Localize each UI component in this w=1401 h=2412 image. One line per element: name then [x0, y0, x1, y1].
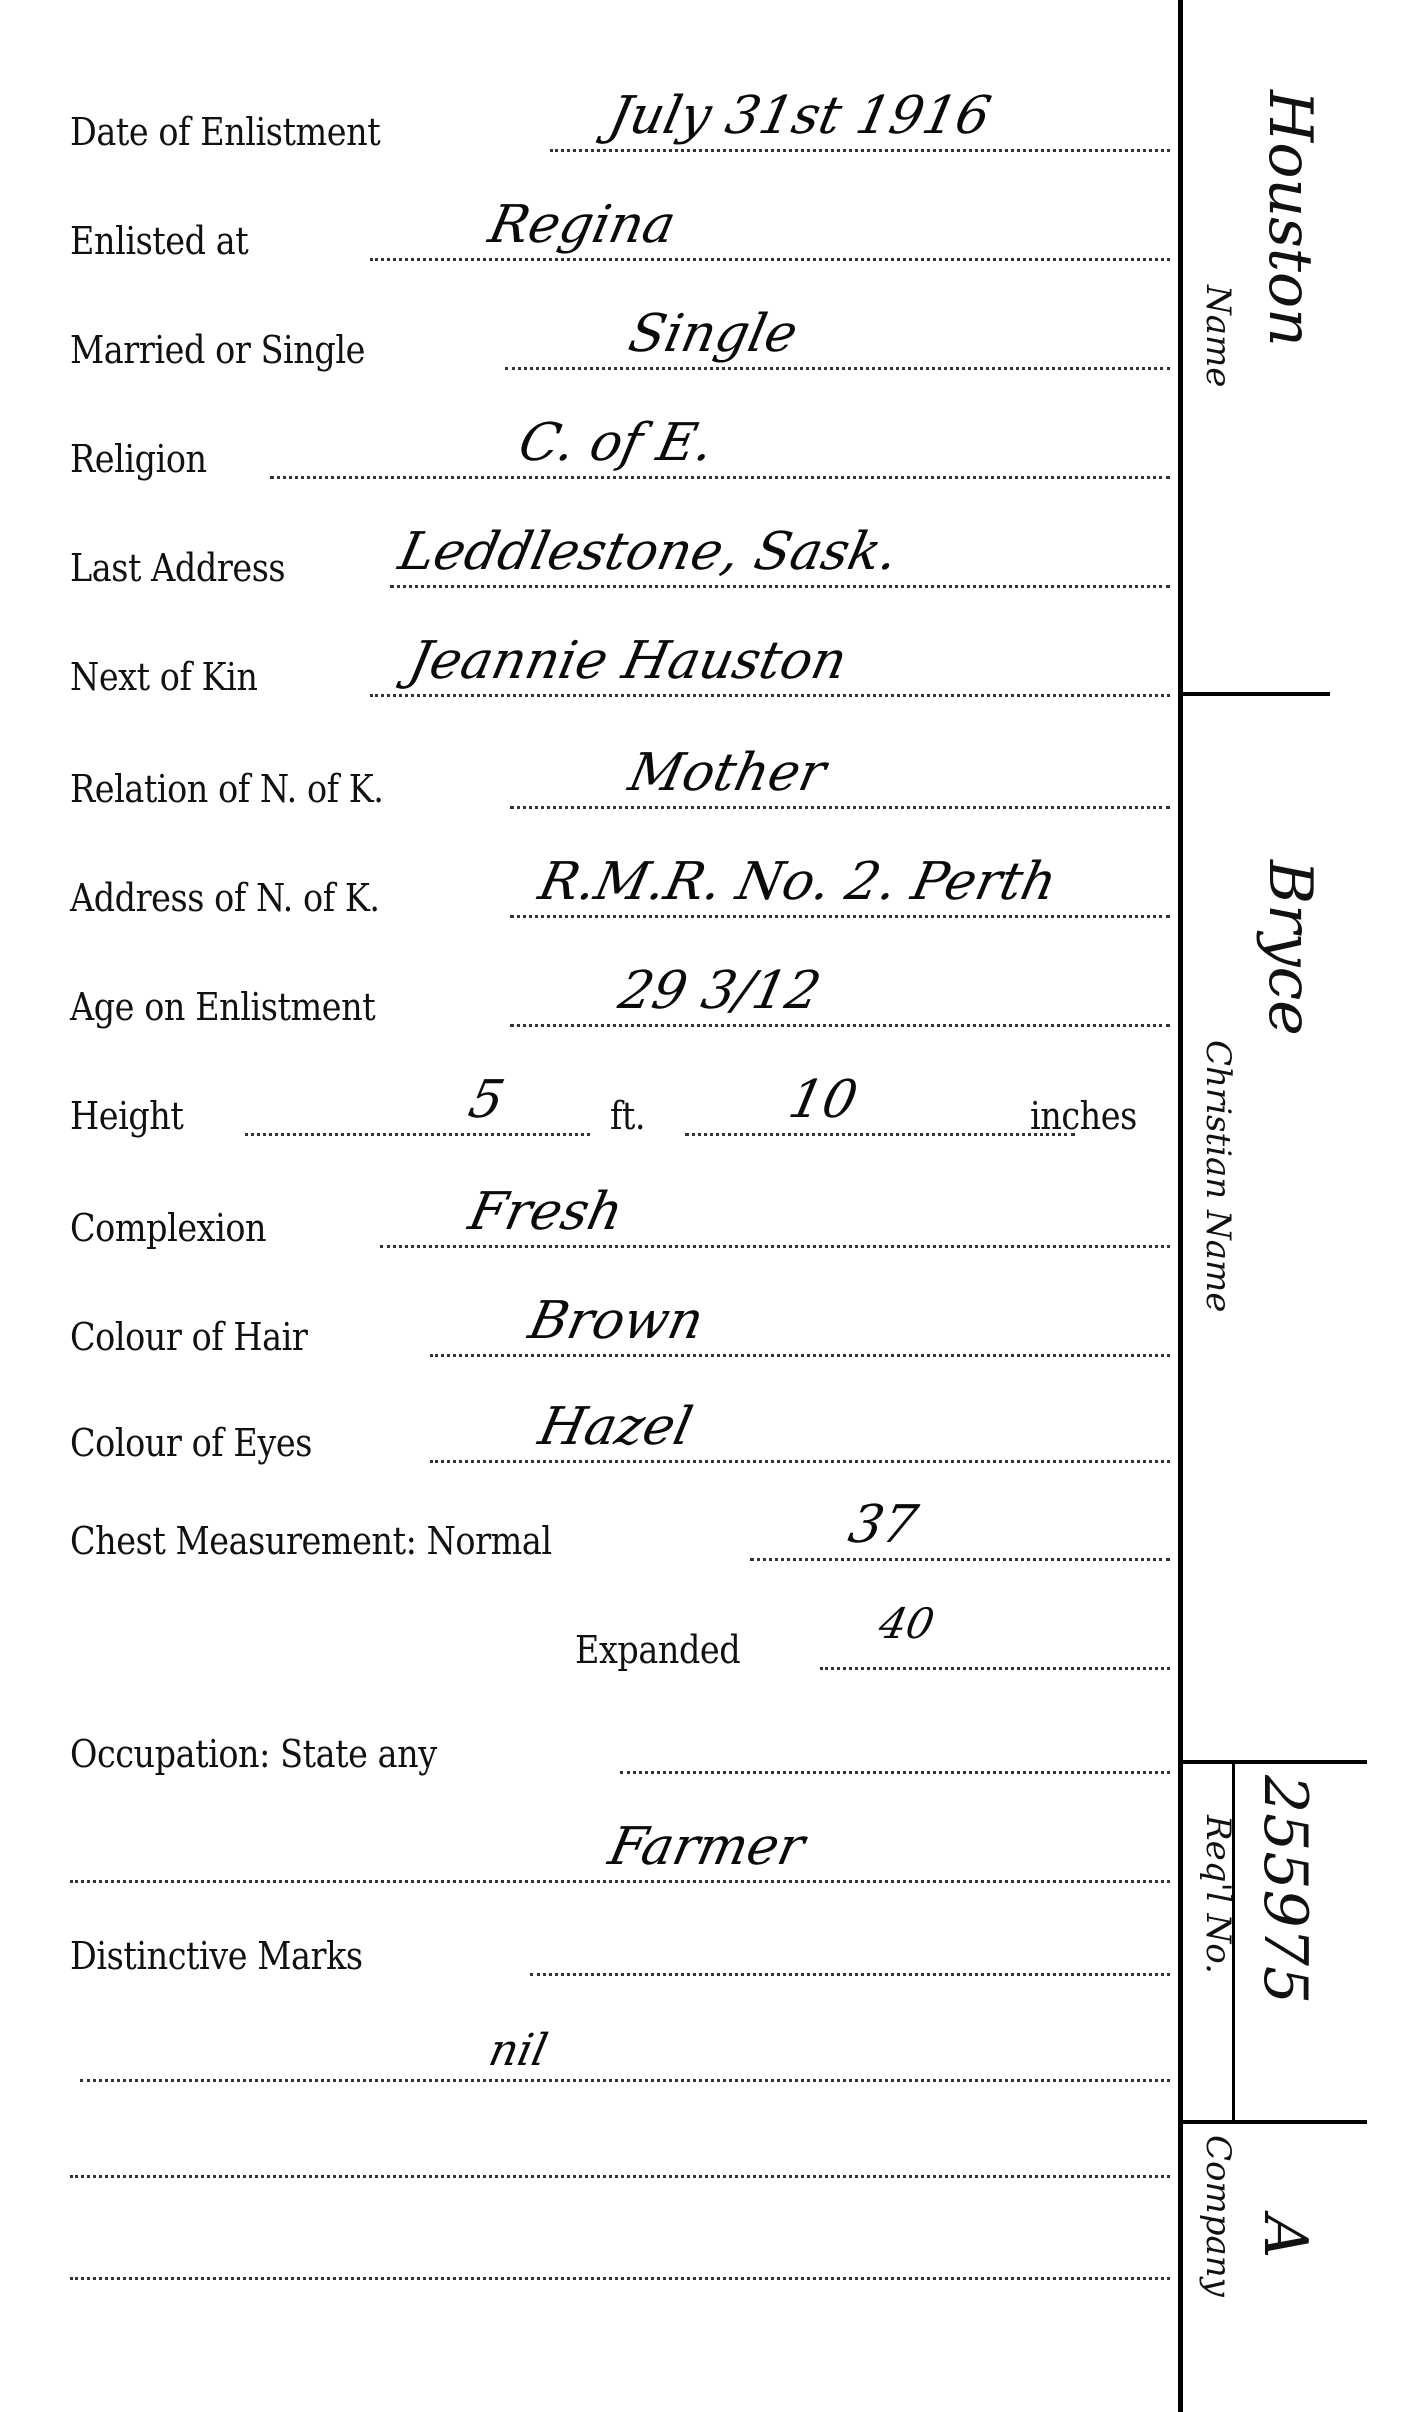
field-last-address: Last Address Leddlestone, Sask.: [70, 536, 1170, 596]
field-height: Height 5 ft. 10 inches: [70, 1084, 1170, 1144]
field-label: Address of N. of K.: [70, 876, 380, 920]
field-label: Religion: [70, 437, 207, 481]
field-value: Farmer: [604, 1817, 810, 1877]
enlistment-card: Date of Enlistment July 31st 1916 Enlist…: [0, 0, 1401, 2412]
blank-line: [70, 2126, 1170, 2186]
field-occupation: Occupation: State any: [70, 1722, 1170, 1782]
field-value: Fresh: [464, 1182, 629, 1242]
field-value: C. of E.: [514, 413, 719, 473]
field-label: Height: [70, 1094, 183, 1138]
name-value: Houston: [1255, 90, 1325, 347]
field-value: Hazel: [534, 1397, 698, 1457]
field-label: Age on Enlistment: [70, 985, 375, 1029]
field-enlisted-at: Enlisted at Regina: [70, 209, 1170, 269]
field-label: Chest Measurement: Normal: [70, 1519, 552, 1563]
dotted-line: [370, 258, 1170, 261]
height-inches-value: 10: [784, 1070, 863, 1130]
dotted-line: [390, 585, 1170, 588]
field-label: Date of Enlistment: [70, 110, 380, 154]
field-value: Mother: [624, 743, 831, 803]
regl-box-bottom-rule: [1180, 2120, 1367, 2124]
field-relation-of-next-of-kin: Relation of N. of K. Mother: [70, 757, 1170, 817]
dotted-line: [530, 1973, 1170, 1976]
dotted-line: [80, 2079, 1170, 2082]
field-value: 40: [875, 1599, 939, 1648]
field-distinctive-marks-line-2: nil: [70, 2030, 1170, 2090]
dotted-line: [370, 694, 1170, 697]
field-chest-normal: Chest Measurement: Normal 37: [70, 1509, 1170, 1569]
name-label: Name: [1198, 285, 1238, 387]
field-age-on-enlistment: Age on Enlistment 29 3/12: [70, 975, 1170, 1035]
height-feet-unit: ft.: [610, 1094, 645, 1138]
dotted-line: [510, 915, 1170, 918]
dotted-line: [430, 1354, 1170, 1357]
field-value: 29 3/12: [614, 961, 826, 1021]
dotted-line: [550, 149, 1170, 152]
blank-line: [70, 2228, 1170, 2288]
dotted-line: [750, 1558, 1170, 1561]
field-value: Single: [624, 304, 803, 364]
field-distinctive-marks: Distinctive Marks: [70, 1924, 1170, 1984]
dotted-line: [685, 1133, 1075, 1136]
field-chest-expanded: Expanded 40: [70, 1618, 1170, 1678]
dotted-line: [270, 476, 1170, 479]
company-value: A: [1250, 2215, 1320, 2258]
field-label: Distinctive Marks: [70, 1934, 363, 1978]
field-colour-of-hair: Colour of Hair Brown: [70, 1305, 1170, 1365]
field-occupation-line-2: Farmer: [70, 1831, 1170, 1891]
field-label: Married or Single: [70, 328, 365, 372]
dotted-line: [245, 1133, 590, 1136]
dotted-line: [70, 2277, 1170, 2280]
dotted-line: [70, 1880, 1170, 1883]
field-married-or-single: Married or Single Single: [70, 318, 1170, 378]
field-value: R.M.R. No. 2. Perth: [534, 852, 1062, 912]
dotted-line: [820, 1667, 1170, 1670]
dotted-line: [620, 1771, 1170, 1774]
dotted-line: [505, 367, 1170, 370]
field-value: Brown: [524, 1291, 709, 1351]
field-value: nil: [485, 2025, 552, 2076]
field-value: Regina: [484, 195, 681, 255]
field-label: Next of Kin: [70, 655, 257, 699]
dotted-line: [510, 1024, 1170, 1027]
christian-name-value: Bryce: [1255, 860, 1325, 1036]
field-label: Relation of N. of K.: [70, 767, 384, 811]
dotted-line: [70, 2175, 1170, 2178]
main-vertical-rule: [1178, 0, 1183, 2412]
field-value: Jeannie Hauston: [404, 631, 853, 691]
field-value: Leddlestone, Sask.: [394, 522, 904, 582]
field-label: Enlisted at: [70, 219, 248, 263]
height-inches-unit: inches: [1030, 1094, 1137, 1138]
field-address-of-next-of-kin: Address of N. of K. R.M.R. No. 2. Perth: [70, 866, 1170, 926]
name-box-bottom-rule: [1180, 692, 1330, 696]
field-label: Last Address: [70, 546, 285, 590]
field-value: July 31st 1916: [604, 86, 996, 146]
field-label: Colour of Eyes: [70, 1421, 312, 1465]
field-complexion: Complexion Fresh: [70, 1196, 1170, 1256]
field-label: Complexion: [70, 1206, 266, 1250]
dotted-line: [430, 1460, 1170, 1463]
field-colour-of-eyes: Colour of Eyes Hazel: [70, 1411, 1170, 1471]
height-feet-value: 5: [464, 1070, 510, 1130]
company-label: Company: [1198, 2135, 1238, 2297]
regl-box-top-rule: [1182, 1760, 1367, 1764]
field-label: Colour of Hair: [70, 1315, 307, 1359]
field-religion: Religion C. of E.: [70, 427, 1170, 487]
regl-no-label: Req'l No.: [1198, 1815, 1238, 1974]
field-next-of-kin: Next of Kin Jeannie Hauston: [70, 645, 1170, 705]
christian-name-label: Christian Name: [1198, 1040, 1238, 1312]
dotted-line: [510, 806, 1170, 809]
dotted-line: [380, 1245, 1170, 1248]
field-date-of-enlistment: Date of Enlistment July 31st 1916: [70, 100, 1170, 160]
field-label: Expanded: [575, 1628, 740, 1672]
field-label: Occupation: State any: [70, 1732, 437, 1776]
field-value: 37: [844, 1495, 923, 1555]
regl-no-value: 255975: [1250, 1775, 1320, 2004]
